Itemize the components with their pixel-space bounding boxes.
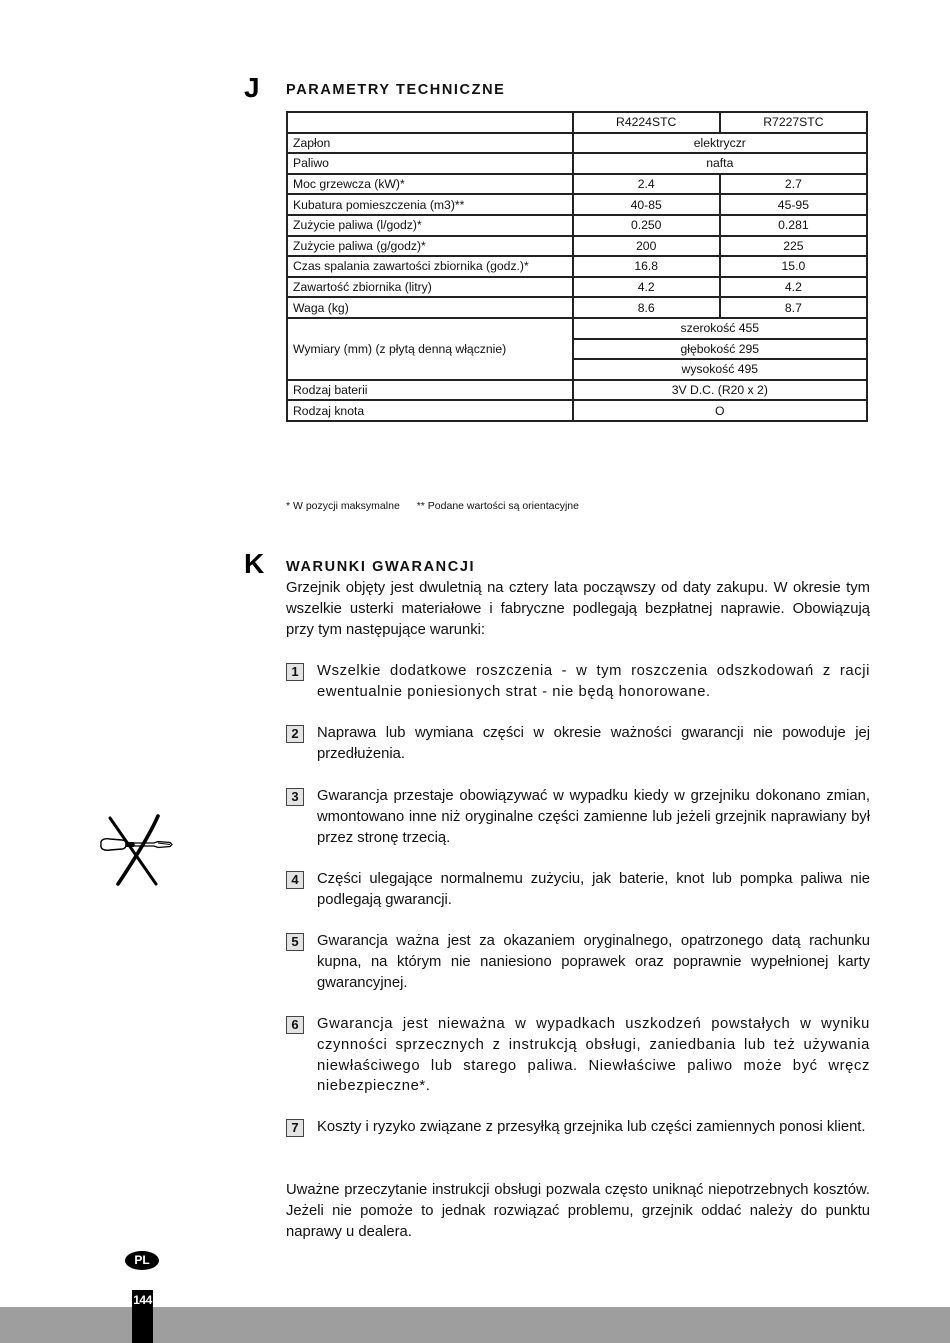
row-label: Czas spalania zawartości zbiornika (godz… <box>287 256 573 277</box>
section-letter-j: J <box>244 74 260 102</box>
row-value: 4.2 <box>720 277 867 298</box>
row-label: Rodzaj knota <box>287 400 573 421</box>
condition-text: Gwarancja ważna jest za okazaniem orygin… <box>317 931 870 993</box>
row-label: Paliwo <box>287 153 573 174</box>
condition-text: Naprawa lub wymiana części w okresie waż… <box>317 723 870 765</box>
footnote-approximate-values: ** Podane wartości są orientacyjne <box>417 500 579 512</box>
page-number: 144 <box>132 1290 153 1343</box>
condition-number-badge: 4 <box>286 871 304 889</box>
warranty-condition: 3 Gwarancja przestaje obowiązywać w wypa… <box>286 786 870 848</box>
table-footnotes: * W pozycji maksymalne ** Podane wartośc… <box>286 500 579 512</box>
warranty-condition: 5 Gwarancja ważna jest za okazaniem oryg… <box>286 931 870 993</box>
warranty-condition: 1 Wszelkie dodatkowe roszczenia - w tym … <box>286 661 870 703</box>
warranty-intro: Grzejnik objęty jest dwuletnią na cztery… <box>286 578 870 640</box>
table-row: Zapłon elektryczr <box>287 133 867 154</box>
condition-text: Gwarancja przestaje obowiązywać w wypadk… <box>317 786 870 848</box>
row-label: Waga (kg) <box>287 297 573 318</box>
warranty-closing-note: Uważne przeczytanie instrukcji obsługi p… <box>286 1180 870 1242</box>
condition-text: Części ulegające normalnemu zużyciu, jak… <box>317 869 870 911</box>
warranty-condition: 2 Naprawa lub wymiana części w okresie w… <box>286 723 870 765</box>
row-label: Zużycie paliwa (l/godz)* <box>287 215 573 236</box>
row-value: nafta <box>573 153 867 174</box>
row-value: 3V D.C. (R20 x 2) <box>573 380 867 401</box>
footnote-max-position: * W pozycji maksymalne <box>286 500 400 512</box>
dimension-width: szerokość 455 <box>573 318 867 339</box>
row-label: Kubatura pomieszczenia (m3)** <box>287 194 573 215</box>
row-label: Zapłon <box>287 133 573 154</box>
table-row: Waga (kg) 8.6 8.7 <box>287 297 867 318</box>
table-row: Moc grzewcza (kW)* 2.4 2.7 <box>287 174 867 195</box>
warranty-condition: 4 Części ulegające normalnemu zużyciu, j… <box>286 869 870 911</box>
condition-text: Wszelkie dodatkowe roszczenia - w tym ro… <box>317 661 870 703</box>
section-letter-k: K <box>244 550 264 578</box>
condition-number-badge: 3 <box>286 788 304 806</box>
table-header-row: R4224STC R7227STC <box>287 112 867 133</box>
table-row: Zawartość zbiornika (litry) 4.2 4.2 <box>287 277 867 298</box>
row-label: Moc grzewcza (kW)* <box>287 174 573 195</box>
table-row: Czas spalania zawartości zbiornika (godz… <box>287 256 867 277</box>
table-row: Zużycie paliwa (l/godz)* 0.250 0.281 <box>287 215 867 236</box>
condition-number-badge: 6 <box>286 1016 304 1034</box>
row-value: 16.8 <box>573 256 720 277</box>
table-row: Kubatura pomieszczenia (m3)** 40-85 45-9… <box>287 194 867 215</box>
no-screwdriver-icon <box>96 812 176 888</box>
condition-number-badge: 2 <box>286 725 304 743</box>
dimension-height: wysokość 495 <box>573 359 867 380</box>
condition-text: Gwarancja jest nieważna w wypadkach uszk… <box>317 1014 870 1097</box>
row-label: Rodzaj baterii <box>287 380 573 401</box>
table-row: Zużycie paliwa (g/godz)* 200 225 <box>287 236 867 257</box>
warranty-condition: 6 Gwarancja jest nieważna w wypadkach us… <box>286 1014 870 1097</box>
table-row: Rodzaj baterii 3V D.C. (R20 x 2) <box>287 380 867 401</box>
table-header-model: R7227STC <box>720 112 867 133</box>
row-value: 40-85 <box>573 194 720 215</box>
technical-parameters-table: R4224STC R7227STC Zapłon elektryczr Pali… <box>286 111 868 422</box>
table-row: Paliwo nafta <box>287 153 867 174</box>
row-value: 0.281 <box>720 215 867 236</box>
dimension-depth: głębokość 295 <box>573 339 867 360</box>
row-value: O <box>573 400 867 421</box>
row-value: 8.6 <box>573 297 720 318</box>
row-value: elektryczr <box>573 133 867 154</box>
row-value: 225 <box>720 236 867 257</box>
table-header-model: R4224STC <box>573 112 720 133</box>
warranty-condition: 7 Koszty i ryzyko związane z przesyłką g… <box>286 1117 870 1138</box>
row-value: 200 <box>573 236 720 257</box>
condition-number-badge: 7 <box>286 1119 304 1137</box>
row-value: 2.7 <box>720 174 867 195</box>
row-label: Wymiary (mm) (z płytą denną włącznie) <box>287 318 573 380</box>
row-label: Zużycie paliwa (g/godz)* <box>287 236 573 257</box>
row-label: Zawartość zbiornika (litry) <box>287 277 573 298</box>
condition-number-badge: 1 <box>286 663 304 681</box>
section-title-technical-parameters: PARAMETRY TECHNICZNE <box>286 82 505 98</box>
table-header-empty <box>287 112 573 133</box>
table-row-dimensions: Wymiary (mm) (z płytą denną włącznie) sz… <box>287 318 867 339</box>
condition-text: Koszty i ryzyko związane z przesyłką grz… <box>317 1117 870 1138</box>
row-value: 8.7 <box>720 297 867 318</box>
row-value: 15.0 <box>720 256 867 277</box>
row-value: 0.250 <box>573 215 720 236</box>
language-badge: PL <box>125 1251 159 1270</box>
condition-number-badge: 5 <box>286 933 304 951</box>
row-value: 45-95 <box>720 194 867 215</box>
row-value: 4.2 <box>573 277 720 298</box>
section-title-warranty: WARUNKI GWARANCJI <box>286 559 475 575</box>
row-value: 2.4 <box>573 174 720 195</box>
table-row: Rodzaj knota O <box>287 400 867 421</box>
